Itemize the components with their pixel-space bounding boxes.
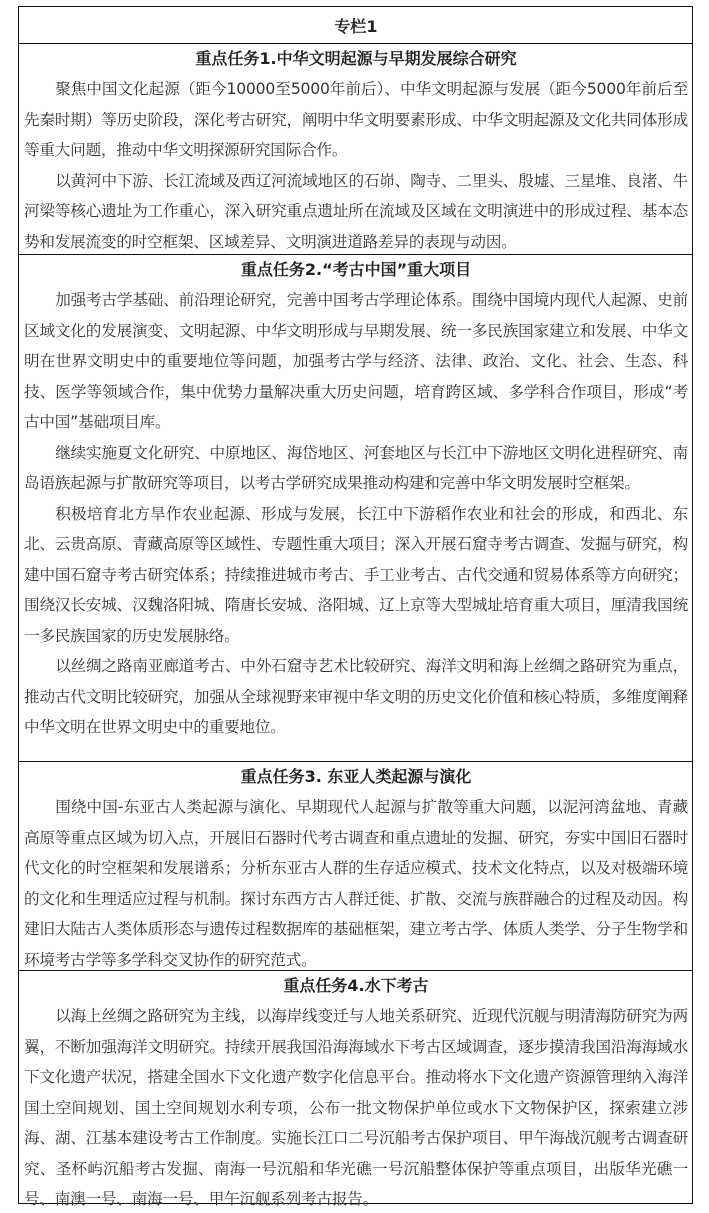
section-paragraph: 加强考古学基础、前沿理论研究，完善中国考古学理论体系。围绕中国境内现代人起源、史…	[24, 285, 688, 438]
table-header: 专栏1	[19, 7, 692, 43]
section-paragraph: 积极培育北方旱作农业起源、形成与发展，长江中下游稻作农业和社会的形成，和西北、东…	[24, 499, 688, 652]
section-paragraph: 聚焦中国文化起源（距今10000至5000年前后）、中华文明起源与发展（距今50…	[24, 74, 688, 166]
task-section-1: 重点任务1.中华文明起源与早期发展综合研究 聚焦中国文化起源（距今10000至5…	[19, 43, 692, 254]
section-paragraph: 继续实施夏文化研究、中原地区、海岱地区、河套地区与长江中下游地区文明化进程研究、…	[24, 438, 688, 499]
section-title: 重点任务3. 东亚人类起源与演化	[24, 762, 688, 792]
section-title: 重点任务1.中华文明起源与早期发展综合研究	[24, 44, 688, 74]
column-box-table: 专栏1 重点任务1.中华文明起源与早期发展综合研究 聚焦中国文化起源（距今100…	[18, 6, 693, 1204]
task-section-2: 重点任务2.“考古中国”重大项目 加强考古学基础、前沿理论研究，完善中国考古学理…	[19, 254, 692, 761]
column-title: 专栏1	[334, 14, 377, 37]
section-paragraph: 围绕中国-东亚古人类起源与演化、早期现代人起源与扩散等重大问题，以泥河湾盆地、青…	[24, 792, 688, 975]
section-title: 重点任务2.“考古中国”重大项目	[24, 255, 688, 285]
section-title: 重点任务4.水下考古	[24, 971, 688, 1001]
task-section-4: 重点任务4.水下考古 以海上丝绸之路研究为主线，以海岸线变迁与人地关系研究、近现…	[19, 970, 692, 1203]
section-paragraph: 以丝绸之路南亚廊道考古、中外石窟寺艺术比较研究、海洋文明和海上丝绸之路研究为重点…	[24, 651, 688, 743]
section-paragraph: 以海上丝绸之路研究为主线，以海岸线变迁与人地关系研究、近现代沉舰与明清海防研究为…	[24, 1001, 688, 1213]
section-paragraph: 以黄河中下游、长江流域及西辽河流域地区的石峁、陶寺、二里头、殷墟、三星堆、良渚、…	[24, 166, 688, 258]
task-section-3: 重点任务3. 东亚人类起源与演化 围绕中国-东亚古人类起源与演化、早期现代人起源…	[19, 761, 692, 970]
